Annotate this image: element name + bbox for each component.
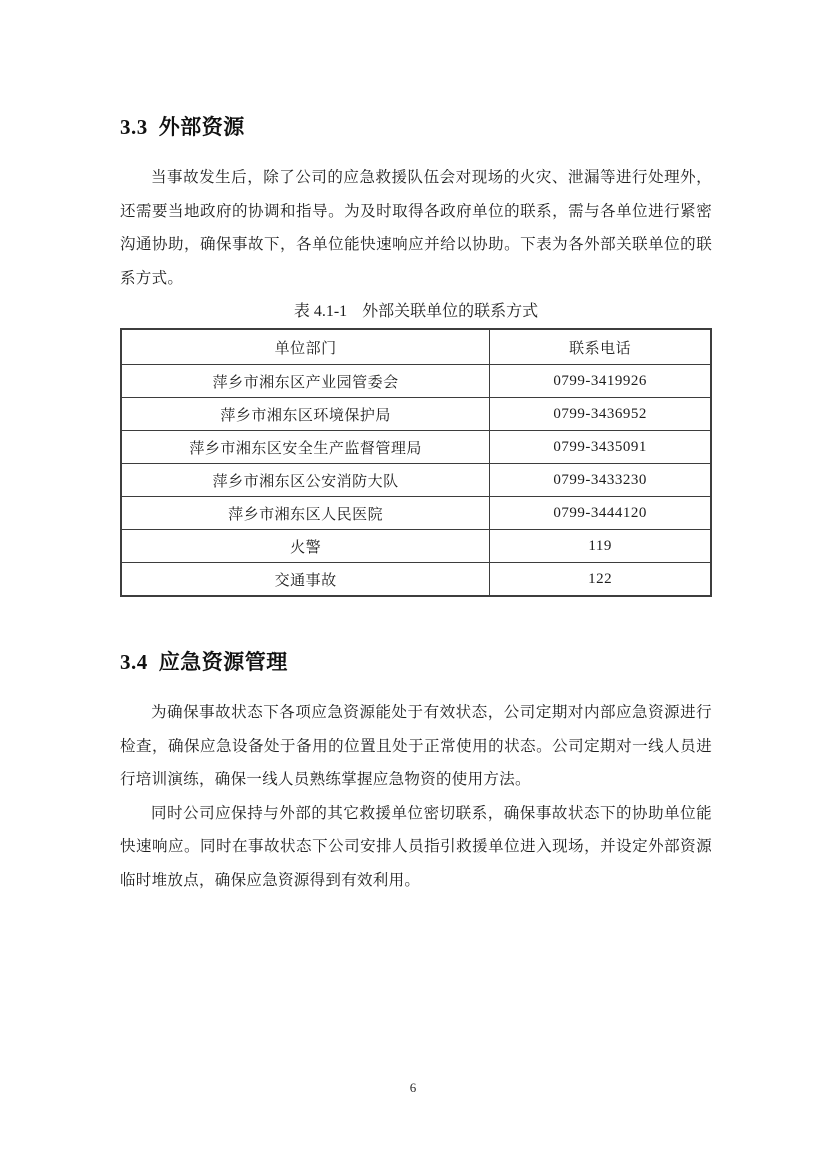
section-3-4-heading: 3.4应急资源管理 [120, 647, 712, 677]
cell-phone: 0799-3435091 [490, 431, 711, 464]
table-row: 萍乡市湘东区产业园管委会0799-3419926 [121, 365, 711, 398]
table-row: 火警119 [121, 530, 711, 563]
section-3-4-paragraph-2: 同时公司应保持与外部的其它救援单位密切联系，确保事故状态下的协助单位能快速响应。… [120, 797, 712, 898]
table-header-dept: 单位部门 [121, 329, 490, 365]
cell-phone: 0799-3444120 [490, 497, 711, 530]
table-caption-title: 外部关联单位的联系方式 [362, 303, 538, 320]
table-row: 萍乡市湘东区环境保护局0799-3436952 [121, 398, 711, 431]
cell-phone: 122 [490, 563, 711, 597]
cell-department: 萍乡市湘东区安全生产监督管理局 [121, 431, 490, 464]
page-number: 6 [0, 1080, 826, 1096]
section-3-4-paragraph-1: 为确保事故状态下各项应急资源能处于有效状态，公司定期对内部应急资源进行检查，确保… [120, 696, 712, 797]
table-header-phone: 联系电话 [490, 329, 711, 365]
section-3-3: 3.3外部资源 当事故发生后，除了公司的应急救援队伍会对现场的火灾、泄漏等进行处… [120, 112, 712, 295]
section-3-3-title: 外部资源 [159, 115, 245, 139]
cell-phone: 119 [490, 530, 711, 563]
cell-department: 萍乡市湘东区环境保护局 [121, 398, 490, 431]
document-page: 3.3外部资源 当事故发生后，除了公司的应急救援队伍会对现场的火灾、泄漏等进行处… [0, 0, 826, 1169]
table-row: 交通事故122 [121, 563, 711, 597]
table-header-row: 单位部门 联系电话 [121, 329, 711, 365]
section-3-4-number: 3.4 [120, 650, 148, 674]
section-3-3-heading: 3.3外部资源 [120, 112, 712, 142]
cell-department: 萍乡市湘东区人民医院 [121, 497, 490, 530]
table-row: 萍乡市湘东区人民医院0799-3444120 [121, 497, 711, 530]
table-row: 萍乡市湘东区公安消防大队0799-3433230 [121, 464, 711, 497]
cell-department: 火警 [121, 530, 490, 563]
table-row: 萍乡市湘东区安全生产监督管理局0799-3435091 [121, 431, 711, 464]
cell-phone: 0799-3419926 [490, 365, 711, 398]
table-caption-label: 表 4.1-1 [294, 303, 347, 320]
cell-department: 萍乡市湘东区公安消防大队 [121, 464, 490, 497]
cell-phone: 0799-3436952 [490, 398, 711, 431]
section-3-4-title: 应急资源管理 [159, 650, 288, 674]
section-3-4: 3.4应急资源管理 为确保事故状态下各项应急资源能处于有效状态，公司定期对内部应… [120, 647, 712, 897]
table-caption: 表 4.1-1外部关联单位的联系方式 [120, 301, 712, 323]
cell-phone: 0799-3433230 [490, 464, 711, 497]
section-3-3-number: 3.3 [120, 115, 148, 139]
cell-department: 交通事故 [121, 563, 490, 597]
external-contacts-table: 单位部门 联系电话 萍乡市湘东区产业园管委会0799-3419926萍乡市湘东区… [120, 328, 712, 597]
cell-department: 萍乡市湘东区产业园管委会 [121, 365, 490, 398]
section-3-3-paragraph: 当事故发生后，除了公司的应急救援队伍会对现场的火灾、泄漏等进行处理外，还需要当地… [120, 161, 712, 295]
